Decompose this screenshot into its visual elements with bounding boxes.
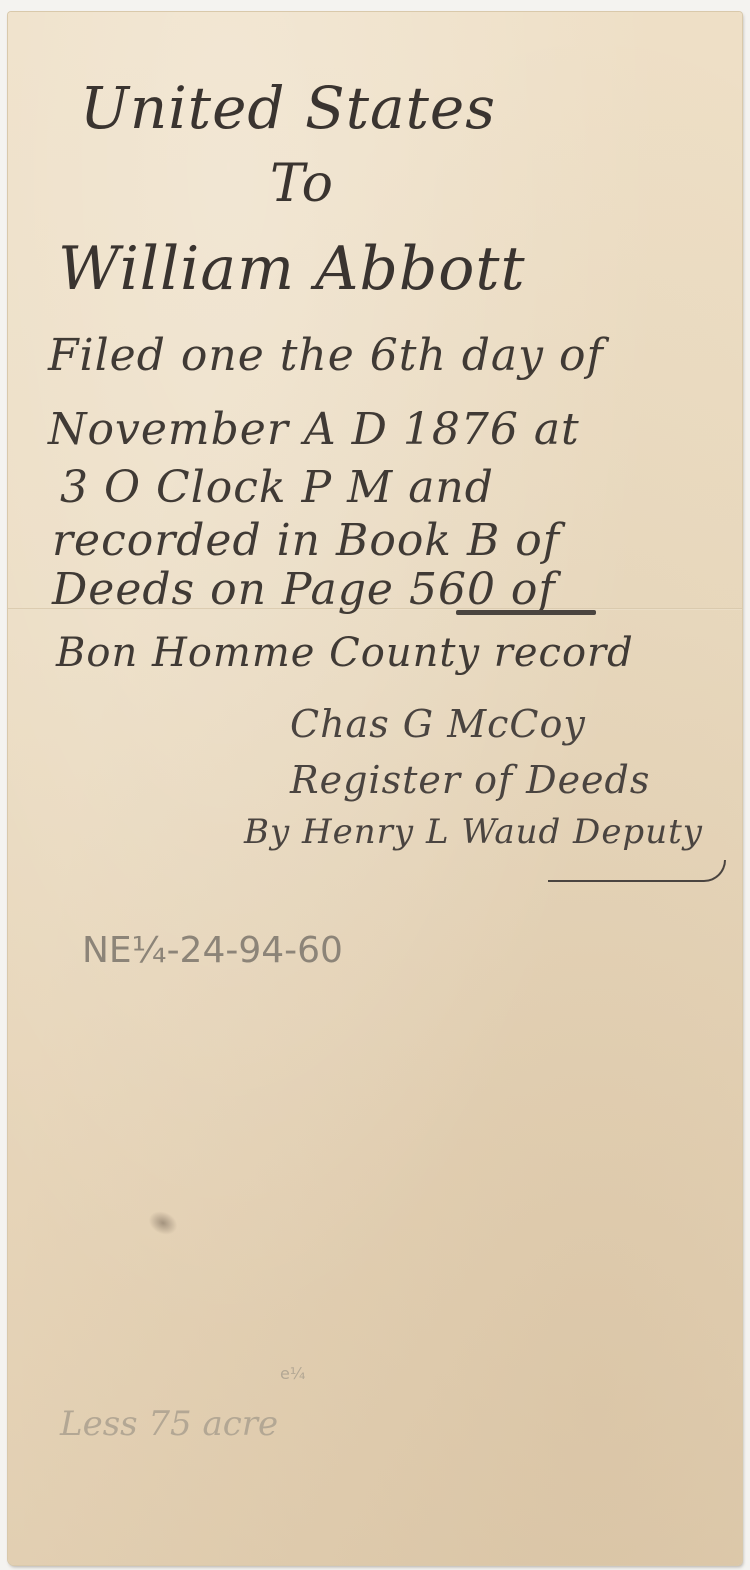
page-number-underline <box>456 610 596 615</box>
pencil-acreage-note: Less 75 acre <box>60 1404 278 1444</box>
body-line-filed: Filed one the 6th day of <box>48 330 604 381</box>
signature-registrar-title: Register of Deeds <box>290 758 650 802</box>
body-line-county: Bon Homme County record <box>56 630 634 676</box>
body-line-page: Deeds on Page 560 of <box>52 564 556 615</box>
pencil-acreage-superscript: e¼ <box>280 1364 305 1383</box>
body-line-time: 3 O Clock P M and <box>60 462 494 513</box>
signature-flourish <box>548 860 726 882</box>
signature-registrar-name: Chas G McCoy <box>290 702 586 746</box>
body-line-date: November A D 1876 at <box>48 404 580 455</box>
header-to: To <box>270 154 334 214</box>
deed-document-paper: United States To William Abbott Filed on… <box>8 12 742 1565</box>
body-line-book: recorded in Book B of <box>52 515 560 566</box>
header-united-states: United States <box>80 74 496 142</box>
signature-deputy: By Henry L Waud Deputy <box>244 812 703 852</box>
ink-smudge <box>145 1207 181 1240</box>
header-grantee-name: William Abbott <box>58 234 526 304</box>
pencil-land-description: NE¼-24-94-60 <box>82 930 343 971</box>
